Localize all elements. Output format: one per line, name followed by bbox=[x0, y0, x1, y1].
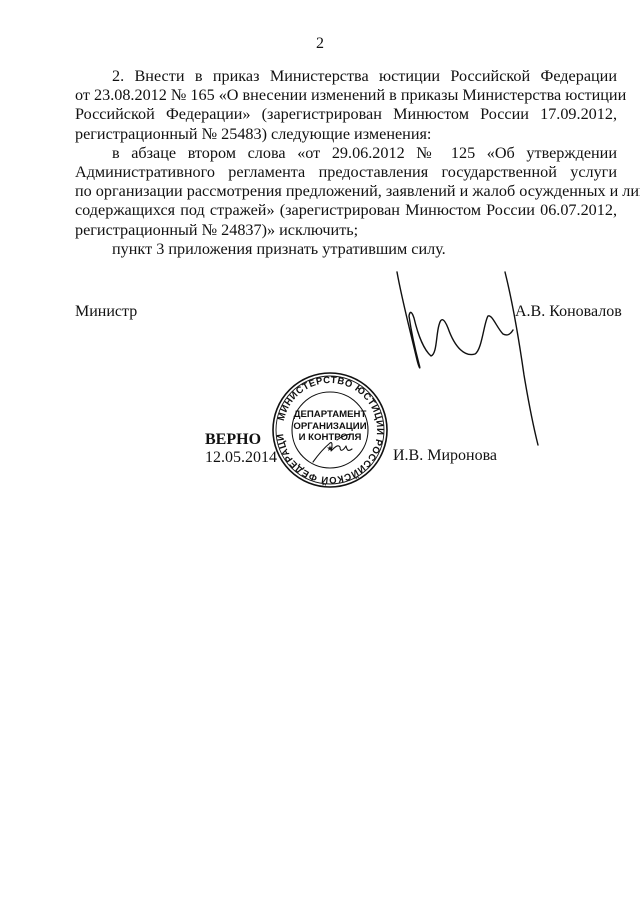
stamp-center-text: ДЕПАРТАМЕНТ ОРГАНИЗАЦИИ И КОНТРОЛЯ bbox=[287, 409, 373, 444]
paragraph-amendment: 2. Внести в приказ Министерства юстиции … bbox=[75, 67, 617, 144]
text-line: от 23.08.2012 № 165 «О внесении изменени… bbox=[75, 86, 617, 105]
stamp-line: ОРГАНИЗАЦИИ bbox=[287, 421, 373, 433]
certifier-name: И.В. Миронова bbox=[393, 446, 497, 465]
signatory-name: А.В. Коновалов bbox=[515, 302, 622, 321]
paragraph-item-three: пункт 3 приложения признать утратившим с… bbox=[75, 240, 617, 259]
certification-date: 12.05.2014 bbox=[205, 448, 277, 467]
text-line: Административного регламента предоставле… bbox=[75, 163, 617, 182]
text-line: Российской Федерации» (зарегистрирован М… bbox=[75, 105, 617, 124]
certification-label: ВЕРНО bbox=[205, 430, 261, 449]
page-number: 2 bbox=[0, 34, 640, 53]
text-line: регистрационный № 25483) следующие измен… bbox=[75, 125, 617, 144]
stamp-line: И КОНТРОЛЯ bbox=[287, 432, 373, 444]
text-line: пункт 3 приложения признать утратившим с… bbox=[75, 240, 617, 259]
text-line: содержащихся под стражей» (зарегистриров… bbox=[75, 201, 617, 220]
document-body: 2. Внести в приказ Министерства юстиции … bbox=[75, 67, 617, 259]
text-line: 2. Внести в приказ Министерства юстиции … bbox=[75, 67, 617, 86]
text-line: регистрационный № 24837)» исключить; bbox=[75, 221, 617, 240]
text-line: по организации рассмотрения предложений,… bbox=[75, 182, 617, 201]
paragraph-paragraph-two: в абзаце втором слова «от 29.06.2012 № 1… bbox=[75, 144, 617, 240]
text-line: в абзаце втором слова «от 29.06.2012 № 1… bbox=[75, 144, 617, 163]
stamp-line: ДЕПАРТАМЕНТ bbox=[287, 409, 373, 421]
star-icon: ★ bbox=[326, 444, 333, 453]
signatory-position: Министр bbox=[75, 302, 137, 321]
